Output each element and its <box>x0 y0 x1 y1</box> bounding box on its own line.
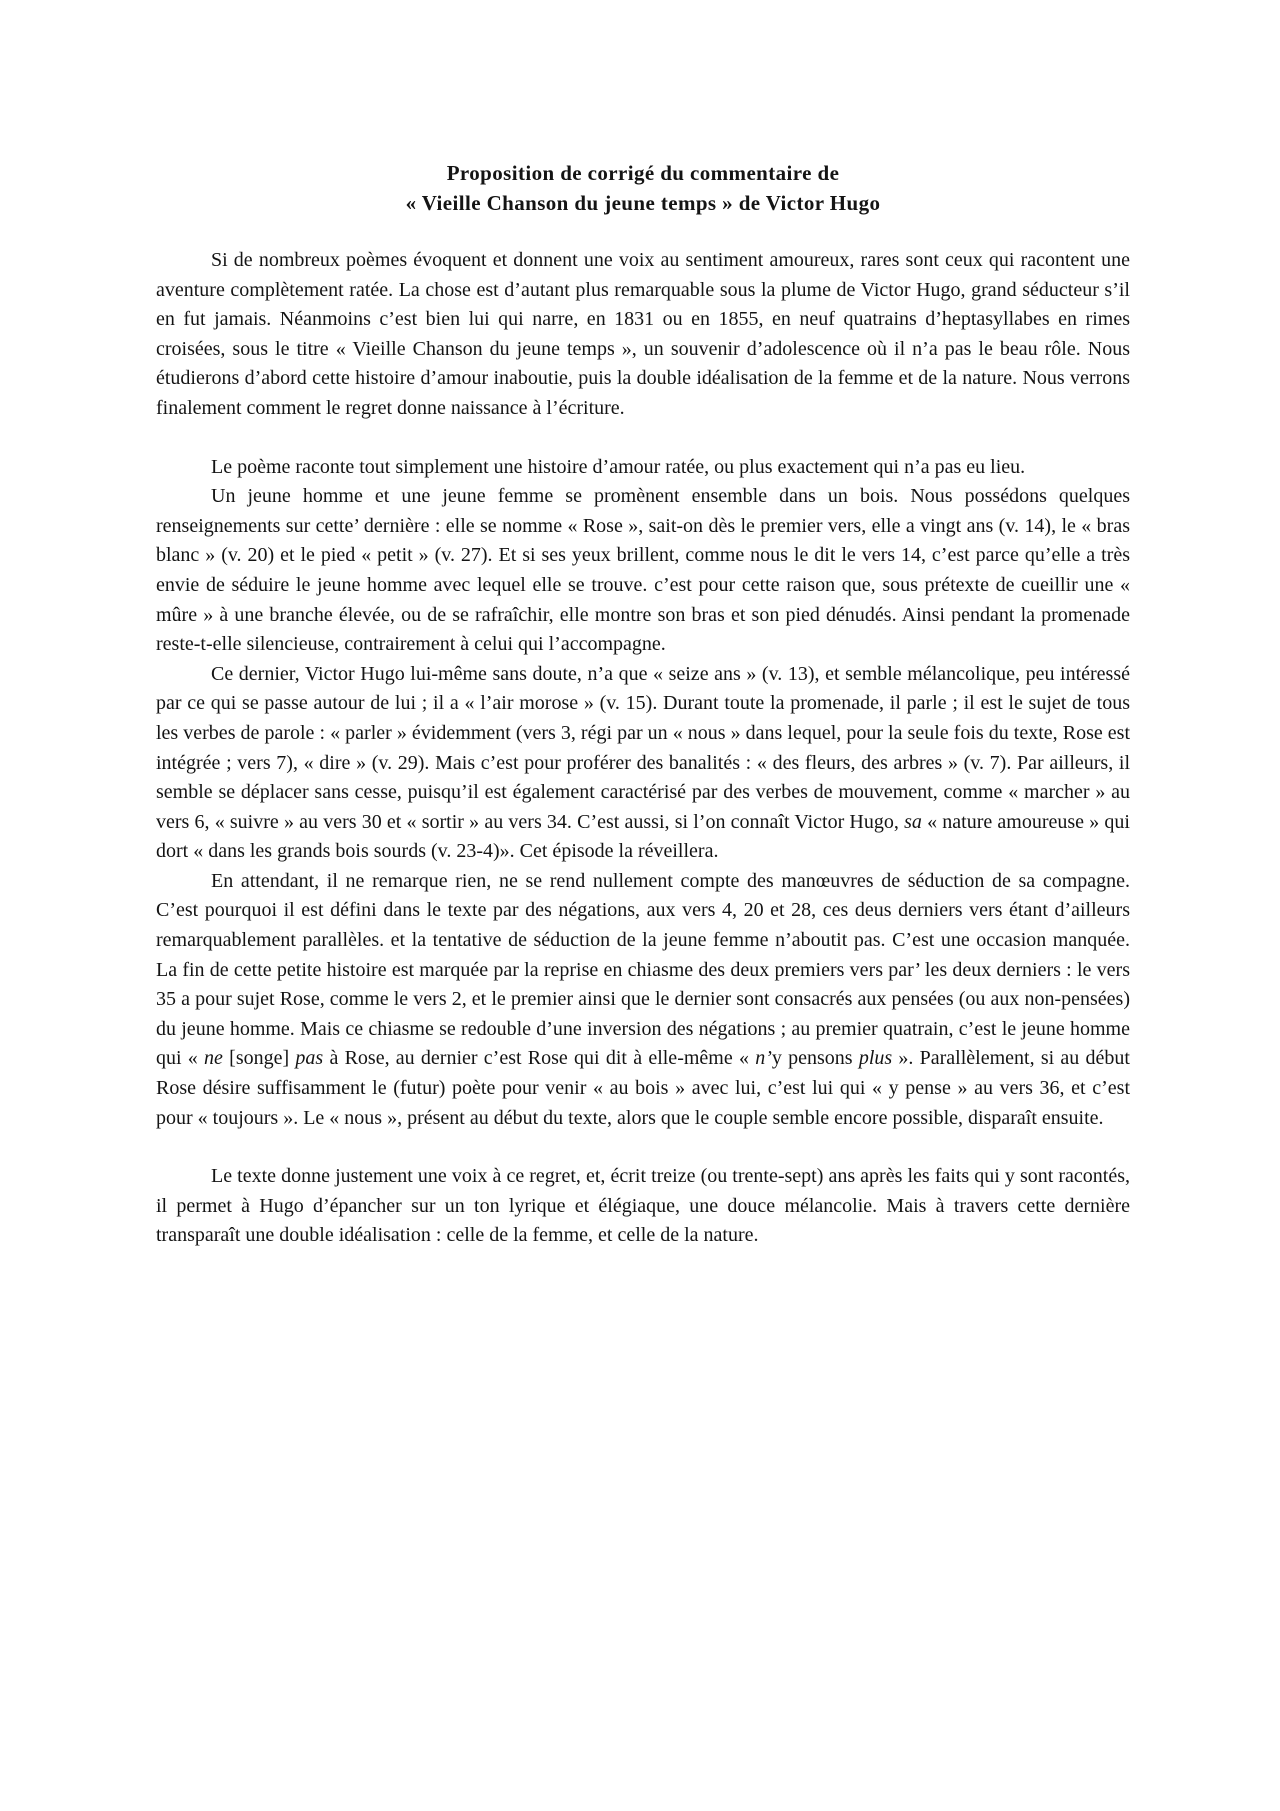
paragraph-gap <box>156 1133 1130 1162</box>
text-run: Ce dernier, Victor Hugo lui-même sans do… <box>156 663 1130 833</box>
part1-paragraph-chiasm: En attendant, il ne remarque rien, ne se… <box>156 867 1130 1133</box>
paragraph-gap <box>156 424 1130 453</box>
italic-text: n’ <box>755 1047 772 1069</box>
text-run: En attendant, il ne remarque rien, ne se… <box>156 870 1130 1070</box>
text-run: [songe] <box>223 1047 295 1069</box>
part1-intro-paragraph: Le poème raconte tout simplement une his… <box>156 453 1130 483</box>
document-page: Proposition de corrigé du commentaire de… <box>156 158 1130 1251</box>
title-line-1: Proposition de corrigé du commentaire de <box>156 158 1130 188</box>
part1-paragraph-rose: Un jeune homme et une jeune femme se pro… <box>156 482 1130 660</box>
part2-intro-paragraph: Le texte donne justement une voix à ce r… <box>156 1162 1130 1251</box>
italic-text: plus <box>859 1047 892 1069</box>
italic-text: ne <box>204 1047 223 1069</box>
italic-text: pas <box>295 1047 323 1069</box>
text-run: à Rose, au dernier c’est Rose qui dit à … <box>323 1047 755 1069</box>
text-run: y pensons <box>772 1047 859 1069</box>
title-line-2: « Vieille Chanson du jeune temps » de Vi… <box>156 188 1130 218</box>
italic-text: sa <box>904 811 922 833</box>
document-title: Proposition de corrigé du commentaire de… <box>156 158 1130 218</box>
part1-paragraph-young-man: Ce dernier, Victor Hugo lui-même sans do… <box>156 660 1130 867</box>
introduction-paragraph: Si de nombreux poèmes évoquent et donnen… <box>156 246 1130 424</box>
